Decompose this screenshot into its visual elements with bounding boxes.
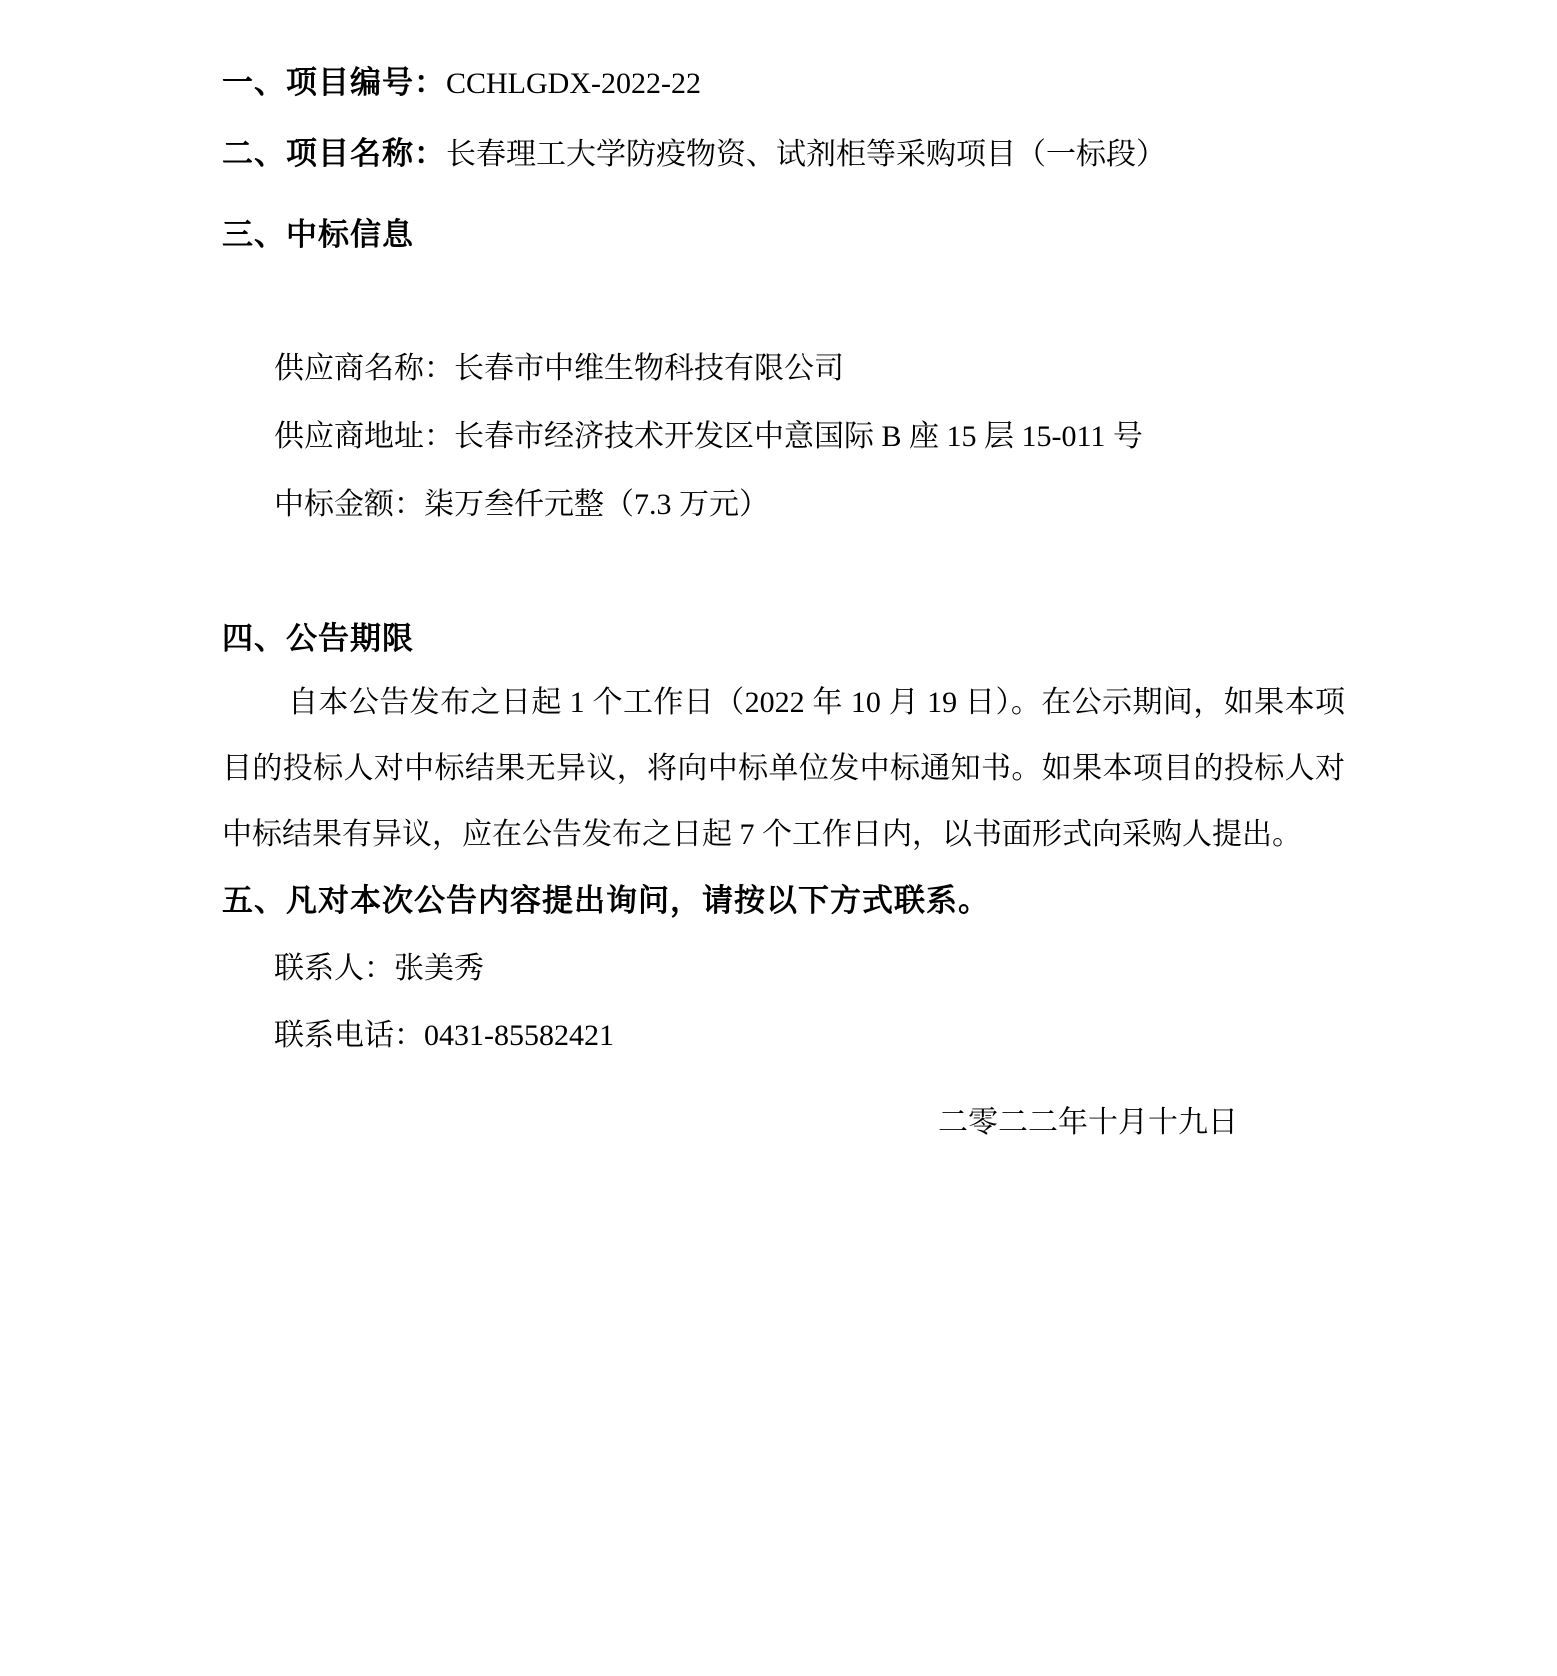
contact-phone-value: 0431-85582421 [424, 1019, 614, 1052]
award-amount-field: 中标金额：柒万叁仟元整（7.3 万元） [222, 485, 1345, 525]
project-name-line: 二、项目名称：长春理工大学防疫物资、试剂柜等采购项目（一标段） [222, 134, 1345, 175]
contact-phone-field: 联系电话：0431-85582421 [222, 1016, 1345, 1056]
supplier-name-label: 供应商名称： [274, 352, 454, 385]
contact-person-field: 联系人：张美秀 [222, 949, 1345, 989]
supplier-name-value: 长春市中维生物科技有限公司 [454, 352, 844, 385]
announcement-date: 二零二二年十月十九日 [222, 1103, 1345, 1143]
contact-person-label: 联系人： [274, 952, 394, 985]
project-name-label: 二、项目名称： [222, 136, 446, 171]
contact-section-heading: 五、凡对本次公告内容提出询问，请按以下方式联系。 [222, 881, 1345, 921]
supplier-name-field: 供应商名称：长春市中维生物科技有限公司 [222, 349, 1345, 389]
supplier-address-value: 长春市经济技术开发区中意国际 B 座 15 层 15-011 号 [454, 420, 1143, 453]
supplier-address-label: 供应商地址： [274, 420, 454, 453]
announcement-document: 一、项目编号：CCHLGDX-2022-22 二、项目名称：长春理工大学防疫物资… [0, 0, 1557, 1143]
award-amount-value: 柒万叁仟元整（7.3 万元） [424, 488, 769, 521]
contact-person-value: 张美秀 [394, 952, 484, 985]
project-number-line: 一、项目编号：CCHLGDX-2022-22 [222, 63, 1345, 104]
award-info-heading: 三、中标信息 [222, 215, 1345, 255]
notice-period-heading: 四、公告期限 [222, 619, 1345, 659]
project-number-label: 一、项目编号： [222, 65, 446, 100]
project-number-value: CCHLGDX-2022-22 [446, 67, 701, 100]
project-name-value: 长春理工大学防疫物资、试剂柜等采购项目（一标段） [446, 138, 1166, 171]
award-amount-label: 中标金额： [274, 488, 424, 521]
supplier-address-field: 供应商地址：长春市经济技术开发区中意国际 B 座 15 层 15-011 号 [222, 417, 1345, 457]
contact-phone-label: 联系电话： [274, 1019, 424, 1052]
notice-period-body: 自本公告发布之日起 1 个工作日（2022 年 10 月 19 日）。在公示期间… [222, 670, 1345, 868]
